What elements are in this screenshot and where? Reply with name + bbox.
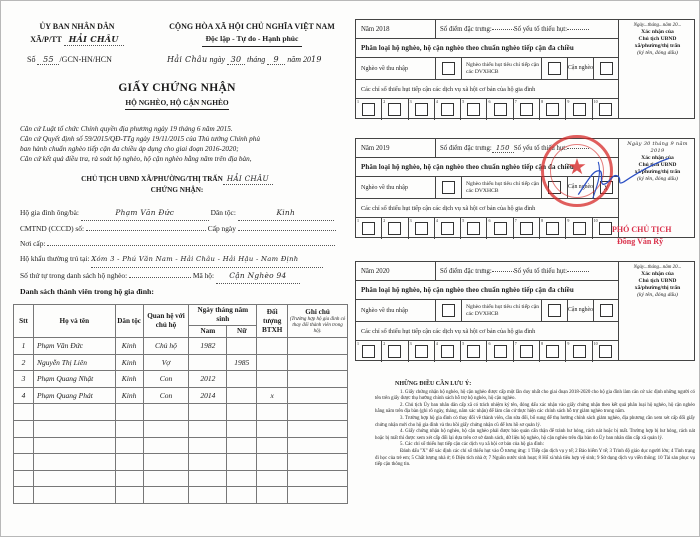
score-value: 150 [492,144,514,153]
cell-note [288,420,348,437]
members-title: Danh sách thành viên trong hộ gia đình: [20,287,154,296]
year-label: năm 20 [287,55,311,64]
signatory-name: Đồng Văn Rỹ [617,237,663,246]
list-no-value [129,270,191,278]
country-name: CỘNG HÒA XÃ HỘI CHỦ NGHĨA VIỆT NAM [157,21,347,33]
score-line: Số điểm đặc trưng:Số yếu tố thiếu hụt: [436,262,618,280]
cell-female [227,454,257,471]
yearly-confirmation-page: Năm 2018 Số điểm đặc trưng:Số yếu tố thi… [355,1,700,537]
cell-ethnic [115,404,143,421]
indicator-checkbox[interactable] [573,103,586,116]
household-fields: Hộ gia đình ông/bà: Phạm Văn Đức Dân tộc… [20,205,342,284]
note-item: 3. Trường hợp hộ gia đình có thay đổi về… [375,416,695,429]
score-line: Số điểm đặc trưng:Số yếu tố thiếu hụt: [436,20,618,38]
indicators-title: Các chỉ số thiếu hụt tiếp cận các dịch v… [356,80,618,99]
multi-poor-label: Nghèo thiếu hụt tiêu chí tiếp cận các DV… [462,177,542,198]
table-row [14,470,348,487]
indicator-checkbox[interactable] [520,103,533,116]
code-label: Mã hộ: [193,271,214,280]
table-row [14,454,348,471]
indicators-title: Các chỉ số thiếu hụt tiếp cận các dịch v… [356,322,618,341]
id-row: CMTND (CCCD) số: Cấp ngày [20,221,342,236]
col-ethnic: Dân tộc [115,305,143,338]
indicator-checkbox[interactable] [415,103,428,116]
cell-note [288,371,348,388]
indicator-checkbox[interactable] [441,345,454,358]
issued-date-value [238,223,336,231]
indicator-checkbox[interactable] [573,345,586,358]
score-value [492,271,514,272]
number-label: Số [27,55,35,64]
scanned-document: ỦY BAN NHÂN DÂN XÃ/P/TT HẢI CHÂU CỘNG HÒ… [0,0,700,537]
indicator-checkbox[interactable] [388,222,401,235]
confirmation-box: Ngày...tháng...năm 20... Xác nhận của Ch… [620,22,695,57]
near-poor-checkbox[interactable] [600,304,613,317]
cell-ethnic [115,437,143,454]
certificate-page: ỦY BAN NHÂN DÂN XÃ/P/TT HẢI CHÂU CỘNG HÒ… [7,1,347,537]
indicator-checkbox[interactable] [388,345,401,358]
year-label: Năm 2018 [356,20,436,38]
national-motto: Độc lập - Tự do - Hạnh phúc [157,33,347,45]
cell-female [227,371,257,388]
cell-ethnic [115,454,143,471]
indicator-checkbox[interactable] [494,345,507,358]
cell-male: 2014 [189,387,227,404]
commune-value: HẢI CHÂU [64,33,124,46]
cell-ethnic [115,487,143,504]
cell-ethnic: Kinh [115,371,143,388]
cell-male [189,404,227,421]
cell-relation [143,470,189,487]
indicator-checkbox[interactable] [599,103,612,116]
cell-stt: 3 [14,371,34,388]
number-value: 55 [37,55,59,65]
cell-note [288,454,348,471]
confirm-date: Ngày...tháng...năm 20... [620,22,695,29]
cell-male [189,354,227,371]
cell-female [227,487,257,504]
basis-line: Căn cứ Quyết định số 59/2015/QĐ-TTg ngày… [20,134,345,144]
poverty-type-row: Nghèo về thu nhập Nghèo thiếu hụt tiêu c… [356,58,618,80]
table-row: 2 Nguyễn Thị Liên Kinh Vợ 1985 [14,354,348,371]
chair-line: CHỦ TỊCH UBND XÃ/PHƯỜNG/THỊ TRẤNHẢI CHÂU… [7,174,347,195]
indicator-checkbox[interactable] [494,103,507,116]
chair-place: HẢI CHÂU [223,174,273,185]
deficit-value [567,29,589,30]
cell-female [227,404,257,421]
cell-name: Phạm Quang Phát [33,387,115,404]
table-row [14,487,348,504]
income-poor-checkbox[interactable] [442,304,455,317]
cell-relation: Con [143,371,189,388]
notes-title: NHỮNG ĐIỀU CẦN LƯU Ý: [375,381,695,388]
deficit-value [567,271,589,272]
indicator-checkbox[interactable] [415,345,428,358]
income-poor-label: Nghèo về thu nhập [356,300,436,321]
col-note: Ghi chú (Trường hợp hộ gia đình có thay … [288,305,348,338]
cell-stt [14,420,34,437]
note-item: 2. Chủ tịch Ủy ban nhân dân cấp xã có tr… [375,403,695,416]
cell-name [33,404,115,421]
table-row [14,437,348,454]
cell-ethnic: Kinh [115,338,143,355]
basis-line: Căn cứ Luật tổ chức Chính quyền địa phươ… [20,124,345,134]
issued-place-label: Nơi cấp: [20,239,45,248]
year-header-row: Năm 2018 Số điểm đặc trưng:Số yếu tố thi… [356,20,618,39]
cell-relation: Con [143,387,189,404]
income-poor-checkbox[interactable] [442,62,455,75]
year-header-row: Năm 2020 Số điểm đặc trưng:Số yếu tố thi… [356,262,618,281]
indicator-checkbox[interactable] [467,345,480,358]
near-poor-checkbox[interactable] [600,62,613,75]
cell-stt: 2 [14,354,34,371]
cell-female [227,470,257,487]
cell-social [257,470,288,487]
issued-date-label: Cấp ngày [208,224,236,233]
basis-line: ban hành chuẩn nghèo tiếp cận đa chiều á… [20,144,345,154]
col-male: Nam [189,326,227,338]
issuer-org: ỦY BAN NHÂN DÂN [7,21,147,33]
household-value: Phạm Văn Đức [81,205,209,221]
issued-place-row: Nơi cấp: [20,236,342,251]
household-label: Hộ gia đình ông/bà: [20,208,79,217]
indicator-checkbox[interactable] [467,103,480,116]
multi-poor-label: Nghèo thiếu hụt tiêu chí tiếp cận các DV… [462,300,542,321]
household-row: Hộ gia đình ông/bà: Phạm Văn Đức Dân tộc… [20,205,342,221]
year-block-2020: Năm 2020 Số điểm đặc trưng:Số yếu tố thi… [355,261,695,361]
cell-social [257,338,288,355]
cell-social [257,420,288,437]
cell-social [257,437,288,454]
number-suffix: /GCN-HN/HCN [59,55,111,64]
table-row: 1 Phạm Văn Đức Kinh Chủ hộ 1982 [14,338,348,355]
confirm-date: Ngày...tháng...năm 20... [620,264,695,271]
cell-stt [14,437,34,454]
indicator-checkbox[interactable] [441,103,454,116]
residence-row: Hộ khẩu thường trú tại: Xóm 3 - Phú Văn … [20,251,342,268]
cell-name: Phạm Văn Đức [33,338,115,355]
indicator-checkbox[interactable] [441,222,454,235]
cell-note [288,487,348,504]
table-row [14,404,348,421]
cell-social: x [257,387,288,404]
ethnic-value: Kinh [238,205,334,221]
cell-male: 1982 [189,338,227,355]
national-header: CỘNG HÒA XÃ HỘI CHỦ NGHĨA VIỆT NAM Độc l… [157,21,347,47]
indicator-checkbox[interactable] [599,222,612,235]
cell-name [33,420,115,437]
indicator-checkbox[interactable] [362,345,375,358]
date-prefix: ngày [209,55,225,64]
cell-ethnic: Kinh [115,354,143,371]
notes-section: NHỮNG ĐIỀU CẦN LƯU Ý: 1. Giấy chứng nhận… [375,381,695,469]
cell-relation [143,420,189,437]
cell-female: 1985 [227,354,257,371]
year-label: Năm 2020 [356,262,436,280]
classification-row: Phân loại hộ nghèo, hộ cận nghèo theo ch… [356,39,618,58]
month-label: tháng [247,55,265,64]
ethnic-label: Dân tộc: [211,208,236,217]
certifies-heading: CHỨNG NHẬN: [7,185,347,195]
cell-female [227,338,257,355]
cell-social [257,454,288,471]
cell-name [33,470,115,487]
cell-name [33,487,115,504]
members-table: Stt Họ và tên Dân tộc Quan hệ với chủ hộ… [13,304,348,504]
col-stt: Stt [14,305,34,338]
cell-relation [143,437,189,454]
indicator-checkbox[interactable] [546,345,559,358]
issue-day: 30 [227,55,245,65]
issue-date: Hải Châu ngày 30 tháng 9 năm 2019 [167,55,322,65]
legal-basis: Căn cứ Luật tổ chức Chính quyền địa phươ… [20,124,345,164]
cell-male [189,487,227,504]
income-poor-label: Nghèo về thu nhập [356,177,436,198]
cell-note [288,338,348,355]
indicator-checkbox[interactable] [573,222,586,235]
indicator-checkbox[interactable] [546,103,559,116]
cell-name [33,437,115,454]
table-row: 3 Phạm Quang Nhật Kinh Con 2012 [14,371,348,388]
multi-poor-label: Nghèo thiếu hụt tiêu chí tiếp cận các DV… [462,58,542,79]
code-value: Cận Nghèo 94 [216,268,300,284]
income-poor-checkbox[interactable] [442,181,455,194]
cell-relation [143,404,189,421]
note-item: 4. Giấy chứng nhận hộ nghèo, hộ cận nghè… [375,429,695,442]
indicator-checkbox[interactable] [415,222,428,235]
table-row: 4 Phạm Quang Phát Kinh Con 2014 x [14,387,348,404]
cell-ethnic [115,470,143,487]
document-title: GIẤY CHỨNG NHẬN [7,82,347,94]
col-name: Họ và tên [33,305,115,338]
indicator-checkbox[interactable] [388,103,401,116]
issuer-header: ỦY BAN NHÂN DÂN XÃ/P/TT HẢI CHÂU [7,21,147,46]
cell-stt [14,487,34,504]
indicator-checkbox[interactable] [362,222,375,235]
confirmation-box: Ngày...tháng...năm 20... Xác nhận của Ch… [620,264,695,299]
issue-month: 9 [267,55,285,65]
cell-male [189,437,227,454]
cell-note [288,437,348,454]
cell-ethnic: Kinh [115,387,143,404]
classification-row: Phân loại hộ nghèo, hộ cận nghèo theo ch… [356,281,618,300]
id-label: CMTND (CCCD) số: [20,224,84,233]
cell-female [227,420,257,437]
issued-place-value [47,238,335,246]
cell-female [227,387,257,404]
issue-year: 19 [311,55,322,64]
indicator-checkbox[interactable] [362,103,375,116]
indicator-checkbox[interactable] [520,222,533,235]
cell-note [288,354,348,371]
indicators-row: 1 2 3 4 5 6 7 8 9 10 [356,341,618,362]
cell-ethnic [115,420,143,437]
basis-line: Căn cứ kết quả điều tra, rà soát hộ nghè… [20,154,345,164]
id-value [86,223,206,231]
note-item: Đánh dấu "X" để xác định các chỉ số thiế… [375,449,695,469]
motto-underline [202,46,302,47]
indicator-checkbox[interactable] [599,345,612,358]
col-female: Nữ [227,326,257,338]
note-item: 5. Các chỉ số thiếu hụt tiếp cận các dịc… [375,442,695,449]
cell-stt: 4 [14,387,34,404]
cell-social [257,487,288,504]
signature-icon [566,151,676,201]
residence-value: Xóm 3 - Phú Văn Nam - Hải Châu - Hải Hậu… [91,252,323,268]
col-relation: Quan hệ với chủ hộ [143,305,189,338]
near-poor-label: Cận nghèo [568,58,594,79]
chair-title: CHỦ TỊCH UBND XÃ/PHƯỜNG/THỊ TRẤN [81,175,223,183]
list-code-row: Số thứ tự trong danh sách hộ nghèo: Mã h… [20,268,342,284]
score-value [492,29,514,30]
cell-relation [143,454,189,471]
multi-poor-checkbox[interactable] [548,304,561,317]
cell-male [189,470,227,487]
year-block-2018: Năm 2018 Số điểm đặc trưng:Số yếu tố thi… [355,19,695,119]
cell-name: Nguyễn Thị Liên [33,354,115,371]
commune-label: XÃ/P/TT [30,35,61,44]
col-note-sub: (Trường hợp hộ gia đình có thay đổi thàn… [289,317,346,335]
document-subtitle: HỘ NGHÈO, HỘ CẬN NGHÈO [7,98,347,107]
indicator-checkbox[interactable] [494,222,507,235]
note-item: 1. Giấy chứng nhận hộ nghèo, hộ cận nghè… [375,390,695,403]
indicator-checkbox[interactable] [546,222,559,235]
income-poor-label: Nghèo về thu nhập [356,58,436,79]
cell-male: 2012 [189,371,227,388]
cell-social [257,404,288,421]
poverty-type-row: Nghèo về thu nhập Nghèo thiếu hụt tiêu c… [356,300,618,322]
cell-name [33,454,115,471]
cell-social [257,371,288,388]
col-social: Đối tượng BTXH [257,305,288,338]
cell-name: Phạm Quang Nhật [33,371,115,388]
indicators-row: 1 2 3 4 5 6 7 8 9 10 [356,218,618,239]
cell-relation [143,487,189,504]
multi-poor-checkbox[interactable] [548,62,561,75]
cell-stt [14,470,34,487]
residence-label: Hộ khẩu thường trú tại: [20,254,90,263]
indicator-checkbox[interactable] [520,345,533,358]
cell-note [288,470,348,487]
year-label: Năm 2019 [356,139,436,157]
issue-place: Hải Châu [167,55,207,64]
indicator-checkbox[interactable] [467,222,480,235]
year-grid: Năm 2020 Số điểm đặc trưng:Số yếu tố thi… [356,262,619,360]
cell-relation: Vợ [143,354,189,371]
cell-female [227,437,257,454]
certificate-number: Số 55/GCN-HN/HCN [27,55,112,65]
cell-note [288,387,348,404]
table-row [14,420,348,437]
signatory-title: PHÓ CHỦ TỊCH [612,225,671,234]
cell-social [257,354,288,371]
year-grid: Năm 2018 Số điểm đặc trưng:Số yếu tố thi… [356,20,619,118]
cell-stt: 1 [14,338,34,355]
cell-stt [14,404,34,421]
list-no-label: Số thứ tự trong danh sách hộ nghèo: [20,271,127,280]
indicators-row: 1 2 3 4 5 6 7 8 9 10 [356,99,618,120]
cell-note [288,404,348,421]
cell-stt [14,454,34,471]
cell-male [189,420,227,437]
cell-male [189,454,227,471]
cell-relation: Chủ hộ [143,338,189,355]
col-dob: Ngày tháng năm sinh [189,305,257,326]
near-poor-label: Cận nghèo [568,300,594,321]
